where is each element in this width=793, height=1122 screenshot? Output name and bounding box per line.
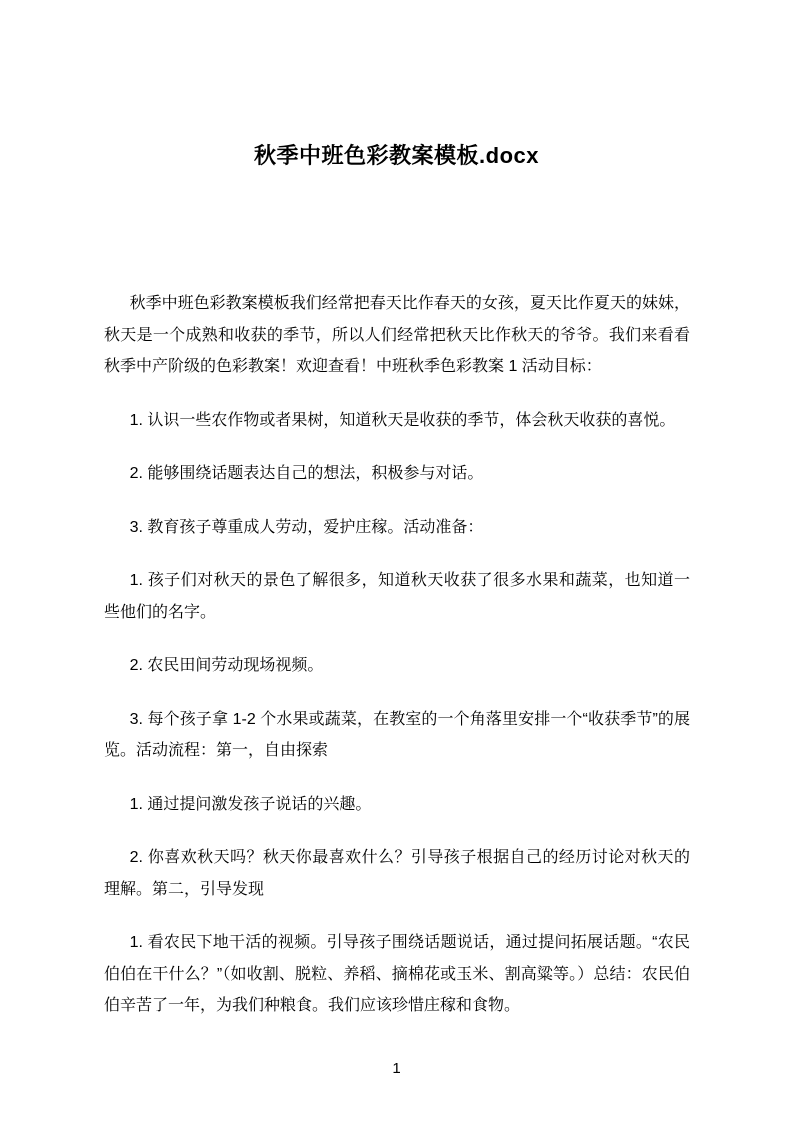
paragraph-guide-1: 1. 看农民下地干活的视频。引导孩子围绕话题说话，通过提问拓展话题。“农民伯伯在… [104,927,690,1022]
page-footer: 1 [0,1060,793,1078]
paragraph-flow-2: 2. 你喜欢秋天吗？秋天你最喜欢什么？引导孩子根据自己的经历讨论对秋天的理解。第… [104,842,690,905]
document-body: 秋季中班色彩教案模板我们经常把春天比作春天的女孩，夏天比作夏天的妹妹，秋天是一个… [104,288,690,1022]
page-number: 1 [392,1060,400,1077]
paragraph-prep-2: 2. 农民田间劳动现场视频。 [104,650,690,682]
paragraph-flow-1: 1. 通过提问激发孩子说话的兴趣。 [104,789,690,821]
paragraph-goal-1: 1. 认识一些农作物或者果树，知道秋天是收获的季节，体会秋天收获的喜悦。 [104,405,690,437]
paragraph-prep-3: 3. 每个孩子拿 1-2 个水果或蔬菜，在教室的一个角落里安排一个“收获季节”的… [104,704,690,767]
paragraph-goal-3: 3. 教育孩子尊重成人劳动，爱护庄稼。活动准备： [104,512,690,544]
paragraph-intro: 秋季中班色彩教案模板我们经常把春天比作春天的女孩，夏天比作夏天的妹妹，秋天是一个… [104,288,690,383]
paragraph-goal-2: 2. 能够围绕话题表达自己的想法，积极参与对话。 [104,458,690,490]
document-title: 秋季中班色彩教案模板.docx [0,0,793,171]
paragraph-prep-1: 1. 孩子们对秋天的景色了解很多，知道秋天收获了很多水果和蔬菜，也知道一些他们的… [104,565,690,628]
document-page: 秋季中班色彩教案模板.docx 秋季中班色彩教案模板我们经常把春天比作春天的女孩… [0,0,793,1122]
